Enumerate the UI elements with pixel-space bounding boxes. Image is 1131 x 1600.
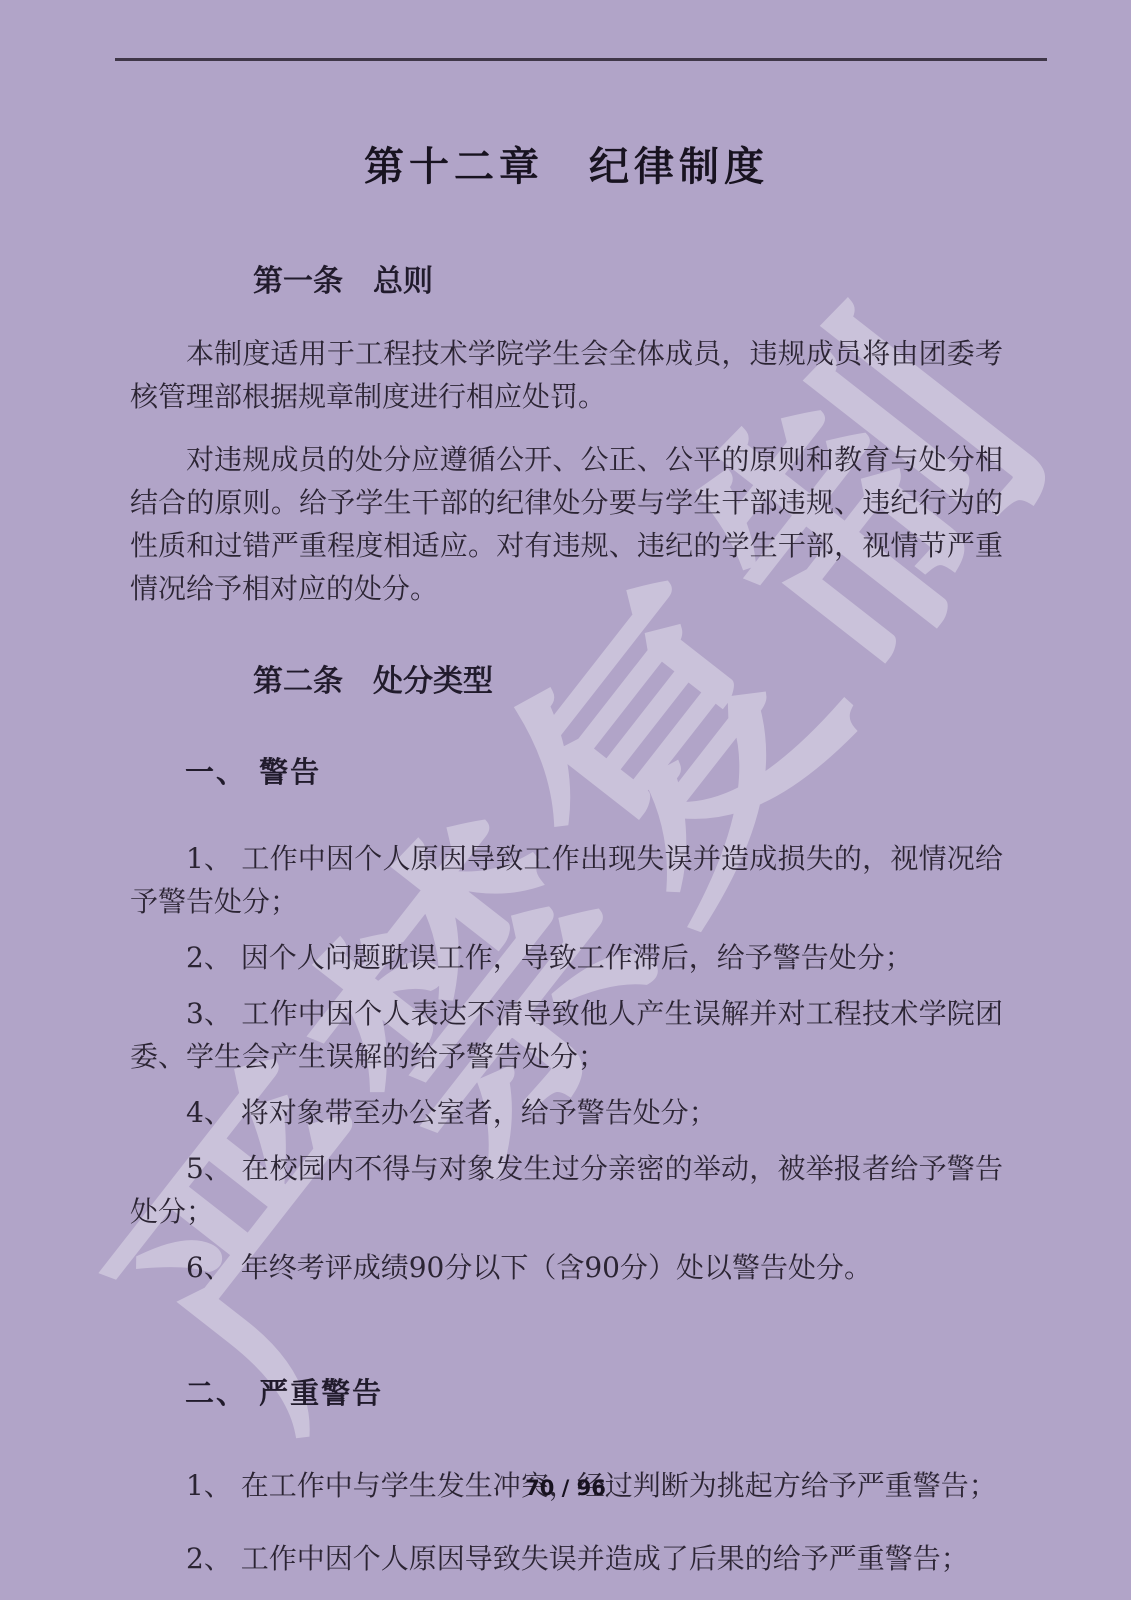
document-content: 第十二章 纪律制度 第一条 总则 本制度适用于工程技术学院学生会全体成员，违规成… (130, 0, 1003, 1580)
article-2-heading: 第二条 处分类型 (253, 656, 1003, 700)
subsection-serious-warning-heading: 二、 严重警告 (185, 1371, 1003, 1412)
warning-item-1: 1、 工作中因个人原因导致工作出现失误并造成损失的，视情况给予警告处分； (130, 837, 1003, 923)
warning-item-5: 5、 在校园内不得与对象发生过分亲密的举动，被举报者给予警告处分； (130, 1147, 1003, 1233)
article-1-paragraph-1: 本制度适用于工程技术学院学生会全体成员，违规成员将由团委考核管理部根据规章制度进… (130, 332, 1003, 418)
warning-item-4: 4、 将对象带至办公室者，给予警告处分； (130, 1091, 1003, 1134)
article-1-paragraph-2: 对违规成员的处分应遵循公开、公正、公平的原则和教育与处分相结合的原则。给予学生干… (130, 438, 1003, 610)
article-1-heading: 第一条 总则 (253, 256, 1003, 300)
serious-warning-item-2: 2、 工作中因个人原因导致失误并造成了后果的给予严重警告； (130, 1537, 1003, 1580)
warning-item-2: 2、 因个人问题耽误工作，导致工作滞后，给予警告处分； (130, 936, 1003, 979)
warning-item-3: 3、 工作中因个人表达不清导致他人产生误解并对工程技术学院团委、学生会产生误解的… (130, 992, 1003, 1078)
page-footer: 70 / 96 (0, 1476, 1131, 1500)
subsection-warning-heading: 一、 警告 (185, 750, 1003, 791)
page-number: 70 / 96 (525, 1476, 606, 1500)
warning-item-6: 6、 年终考评成绩90分以下（含90分）处以警告处分。 (130, 1246, 1003, 1289)
chapter-title: 第十二章 纪律制度 (130, 135, 1003, 192)
document-page: 严禁复制 第十二章 纪律制度 第一条 总则 本制度适用于工程技术学院学生会全体成… (0, 0, 1131, 1600)
